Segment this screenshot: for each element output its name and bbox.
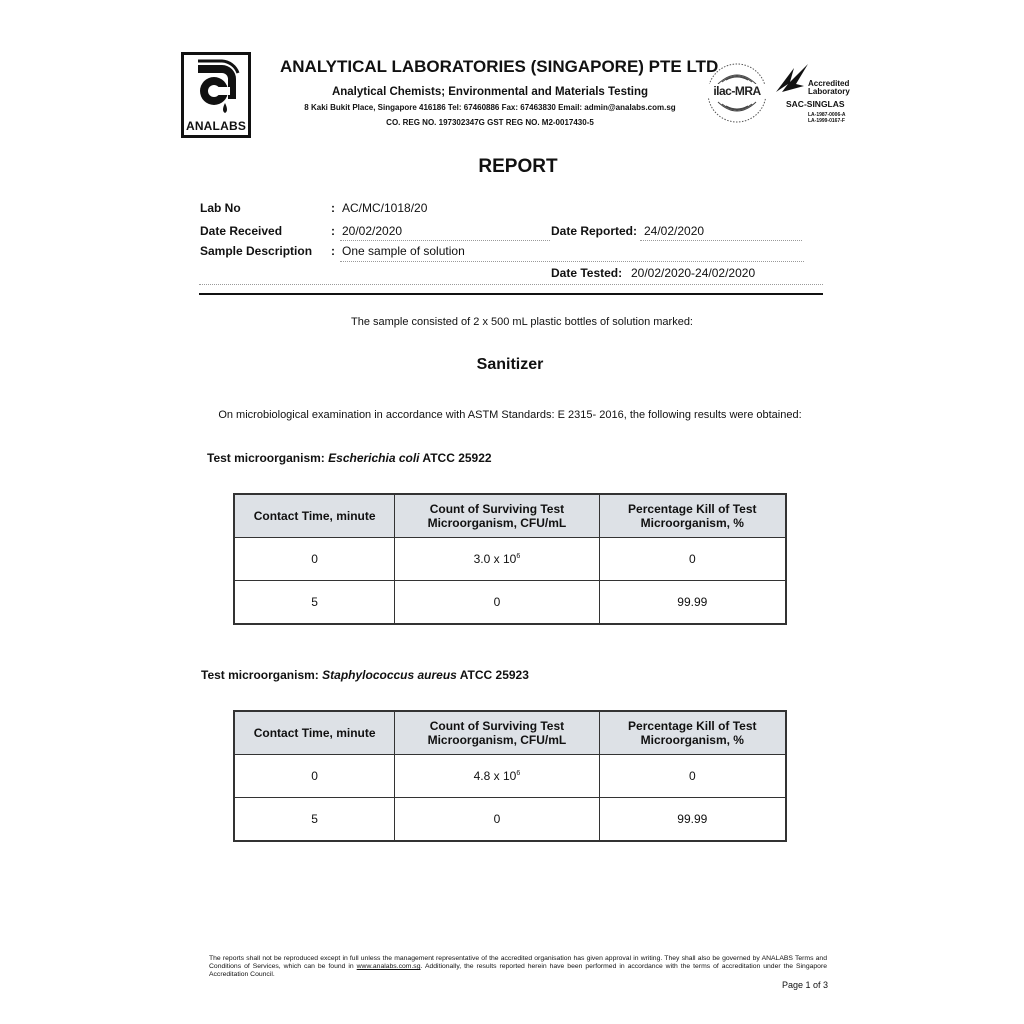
table-row: 0 4.8 x 106 0 [234,755,786,798]
kill-cell: 0 [599,755,786,798]
lab-no-label: Lab No [200,201,241,215]
count-base: 0 [494,595,501,609]
table-row: 5 0 99.99 [234,798,786,842]
test-organism-heading: Test microorganism: Escherichia coli ATC… [207,451,492,465]
results-table-saureus: Contact Time, minute Count of Surviving … [233,710,787,842]
table-header-row: Contact Time, minute Count of Surviving … [234,494,786,538]
analabs-logo: ANALABS [181,52,251,138]
count-cell: 0 [395,798,599,842]
column-header: Contact Time, minute [234,711,395,755]
date-received-label: Date Received [200,224,282,238]
organism-name: Escherichia coli [328,451,419,465]
report-title: REPORT [0,156,1024,178]
analabs-logo-icon [192,59,240,119]
laboratory-text: Laboratory [808,88,850,96]
count-base: 0 [494,812,501,826]
divider [199,284,823,285]
colon: : [331,224,335,238]
count-base: 4.8 x 10 [474,769,517,783]
kill-cell: 99.99 [599,798,786,842]
logo-text: ANALABS [184,119,248,133]
date-received-value: 20/02/2020 [342,224,402,238]
contact-time-cell: 0 [234,538,395,581]
kill-cell: 0 [599,538,786,581]
website-link[interactable]: www.analabs.com.sg [357,963,421,970]
report-page: ANALABS ANALYTICAL LABORATORIES (SINGAPO… [0,0,1024,1024]
divider [340,261,804,262]
count-exponent: 6 [516,553,520,560]
company-subtitle: Analytical Chemists; Environmental and M… [270,86,710,98]
date-tested-value: 20/02/2020-24/02/2020 [631,266,755,280]
company-address: 8 Kaki Bukit Place, Singapore 416186 Tel… [270,103,710,112]
sample-description-label: Sample Description [200,244,312,258]
organism-name: Staphylococcus aureus [322,668,457,682]
sample-name: Sanitizer [0,356,1020,374]
column-header: Count of Surviving TestMicroorganism, CF… [395,711,599,755]
sample-intro: The sample consisted of 2 x 500 mL plast… [0,316,1024,328]
column-header: Percentage Kill of TestMicroorganism, % [599,494,786,538]
table-row: 0 3.0 x 106 0 [234,538,786,581]
test-organism-heading: Test microorganism: Staphylococcus aureu… [201,668,529,682]
page-number: Page 1 of 3 [782,980,828,990]
colon: : [331,201,335,215]
ilac-mra-seal: ilac-MRA [706,62,768,124]
count-base: 3.0 x 10 [474,552,517,566]
date-reported-label: Date Reported: [551,224,637,238]
divider [340,240,550,241]
table-header-row: Contact Time, minute Count of Surviving … [234,711,786,755]
test-organism-label: Test microorganism: [207,451,328,465]
date-tested-label: Date Tested: [551,266,622,280]
lab-no-value: AC/MC/1018/20 [342,201,427,215]
contact-time-cell: 5 [234,581,395,625]
accreditation-code-2: LA-1999-0167-F [808,118,846,124]
test-organism-label: Test microorganism: [201,668,322,682]
method-statement: On microbiological examination in accord… [0,409,1020,421]
divider [640,240,802,241]
column-header: Percentage Kill of TestMicroorganism, % [599,711,786,755]
contact-time-cell: 5 [234,798,395,842]
contact-time-cell: 0 [234,755,395,798]
results-table-ecoli: Contact Time, minute Count of Surviving … [233,493,787,625]
column-header: Count of Surviving TestMicroorganism, CF… [395,494,599,538]
disclaimer: The reports shall not be reproduced exce… [209,955,827,979]
sac-star-icon [774,62,810,98]
count-cell: 4.8 x 106 [395,755,599,798]
ilac-label: ilac-MRA [706,84,768,98]
count-exponent: 6 [516,770,520,777]
table-row: 5 0 99.99 [234,581,786,625]
accreditation-codes: LA-1987-0006-A LA-1999-0167-F [808,112,846,124]
organism-strain: ATCC 25923 [457,668,529,682]
header-rule [199,293,823,295]
count-cell: 0 [395,581,599,625]
sample-description-value: One sample of solution [342,244,465,258]
accreditation-label: Accredited Laboratory [808,80,850,96]
count-cell: 3.0 x 106 [395,538,599,581]
company-name: ANALYTICAL LABORATORIES (SINGAPORE) PTE … [280,57,710,77]
date-reported-value: 24/02/2020 [644,224,704,238]
sac-singlas-label: SAC-SINGLAS [786,99,845,109]
colon: : [331,244,335,258]
kill-cell: 99.99 [599,581,786,625]
company-registration: CO. REG NO. 197302347G GST REG NO. M2-00… [270,118,710,127]
organism-strain: ATCC 25922 [420,451,492,465]
column-header: Contact Time, minute [234,494,395,538]
